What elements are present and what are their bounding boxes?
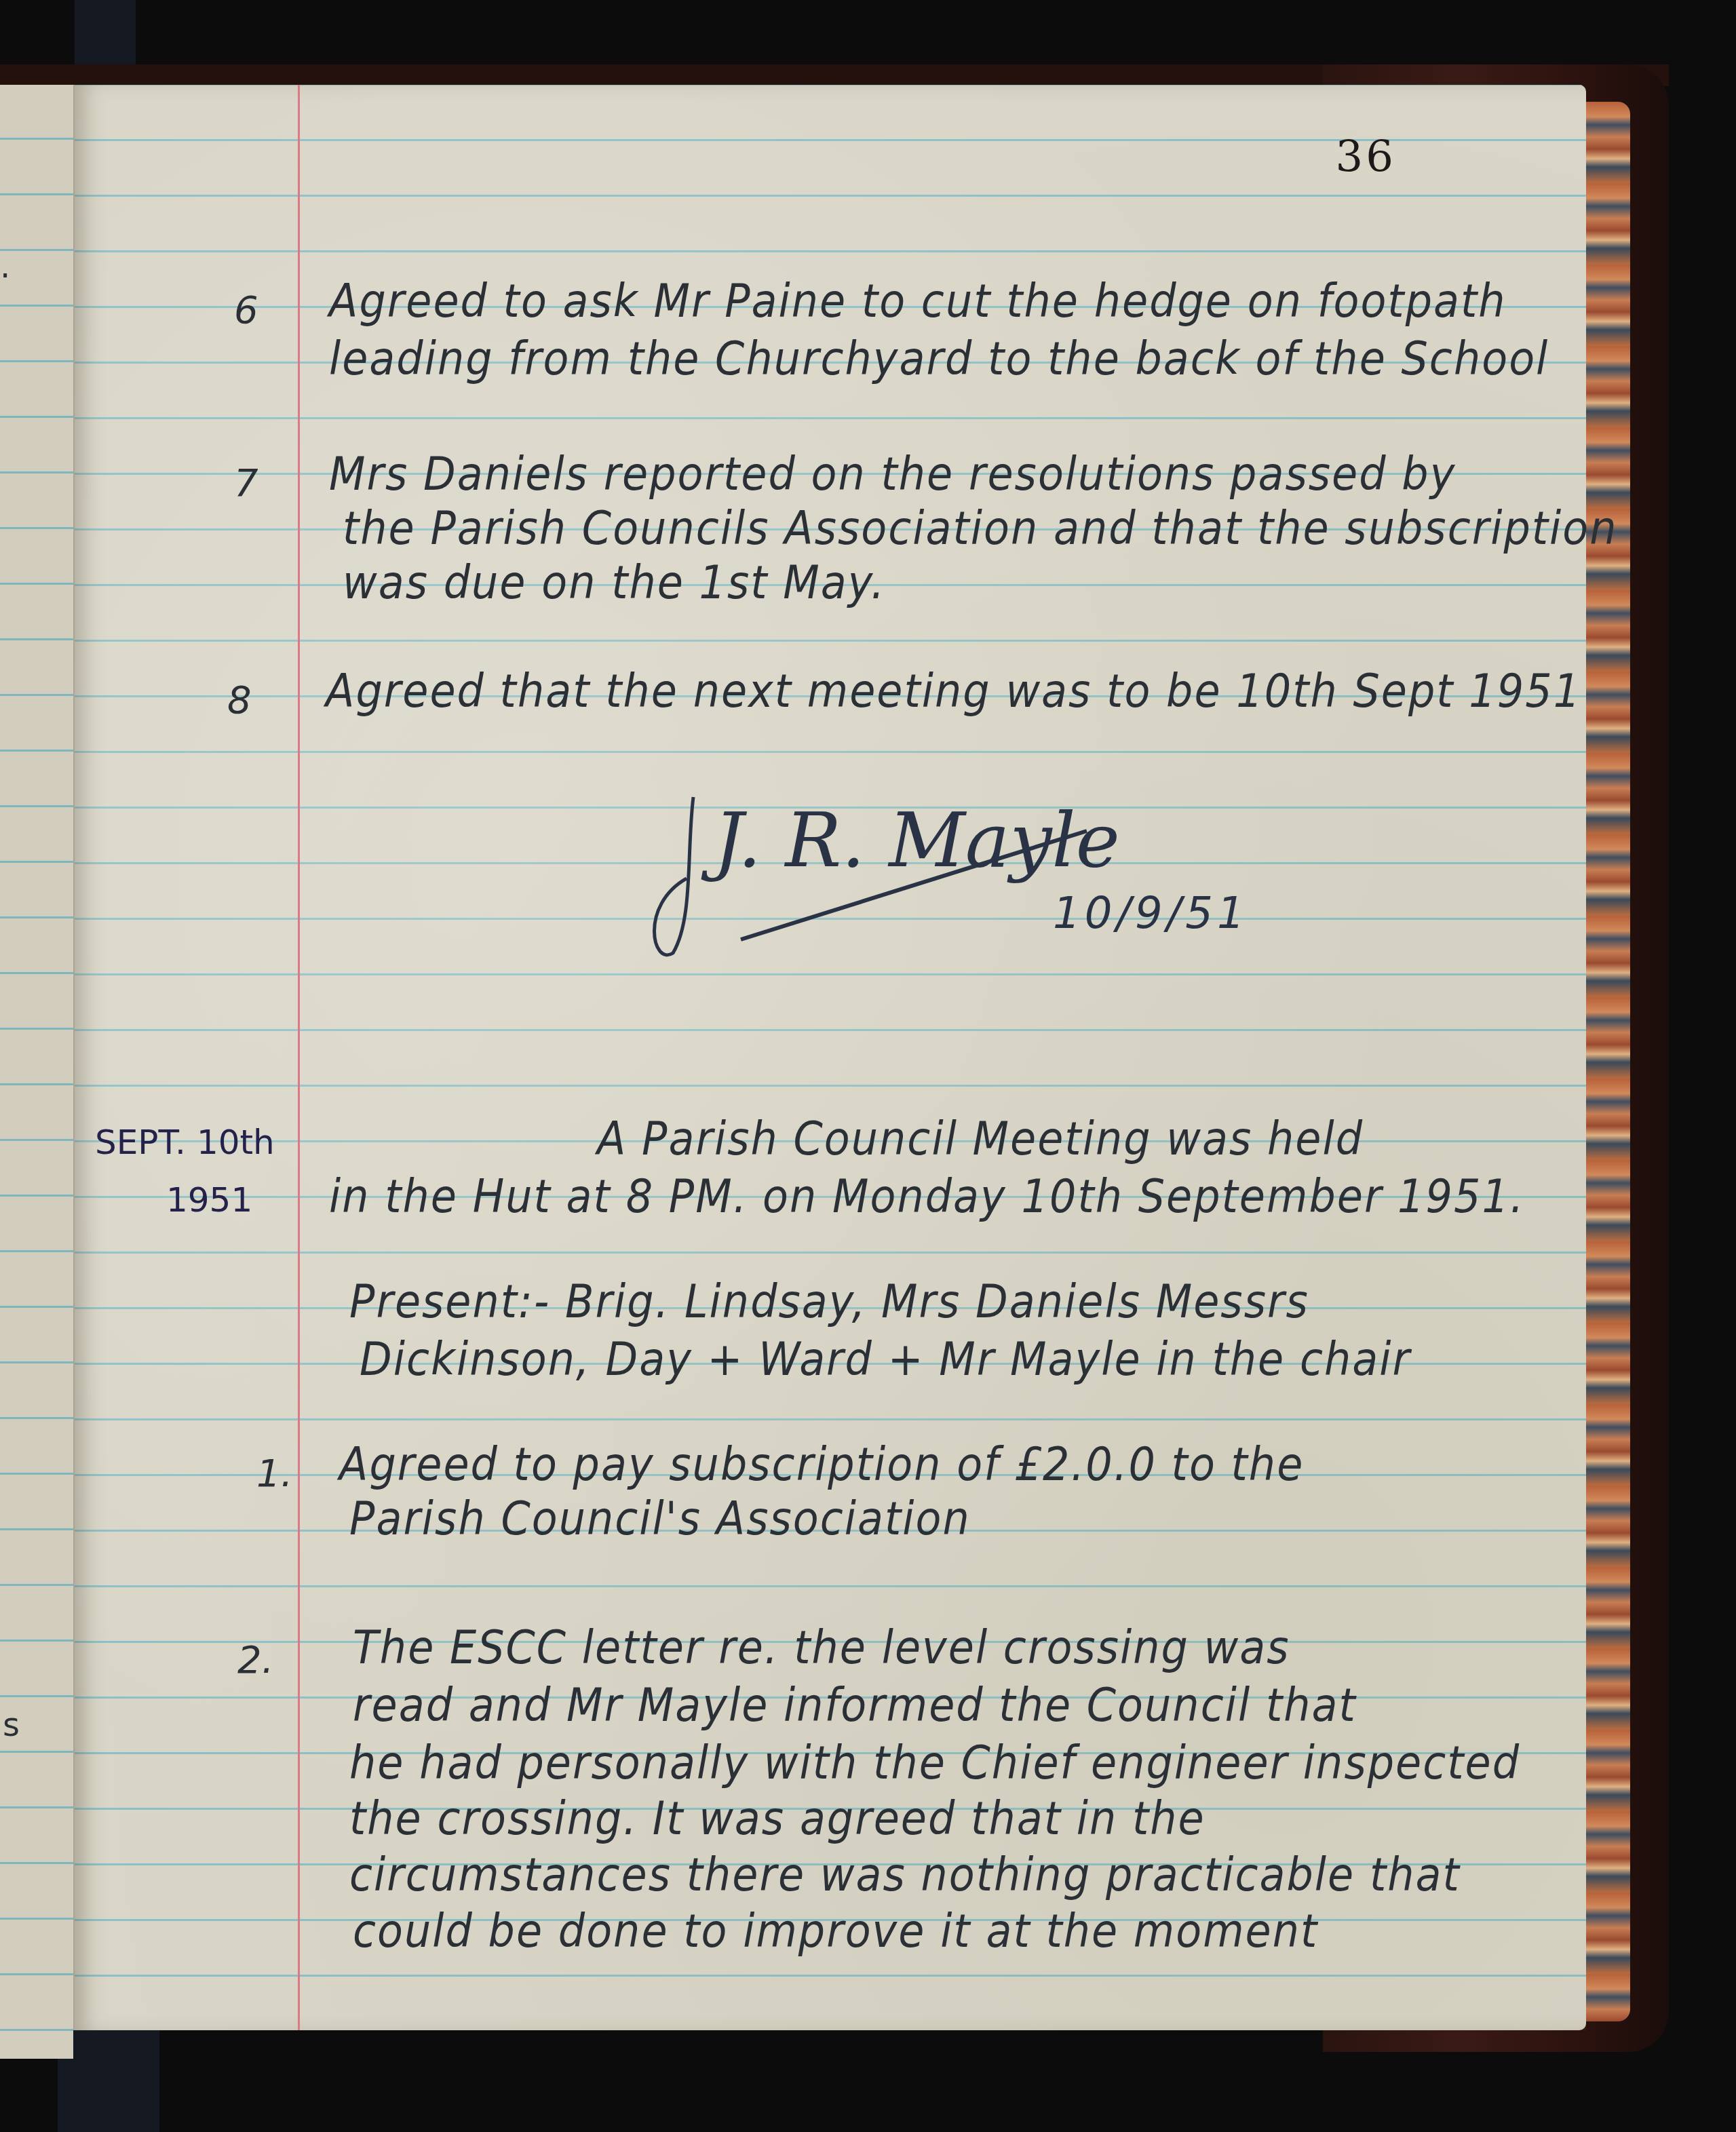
present-line: Dickinson, Day + Ward + Mr Mayle in the … [360,1332,1411,1386]
left-page-text-fragment: s [3,1706,20,1744]
item-text-line: circumstances there was nothing practica… [349,1848,1461,1901]
marbled-page-edge [1582,102,1630,2021]
item-text-line: read and Mr Mayle informed the Council t… [353,1678,1357,1732]
item-text-line: Parish Council's Association [349,1492,971,1545]
item-text-line: Mrs Daniels reported on the resolutions … [329,447,1456,501]
signature-name: J. R. Mayle [714,797,1120,884]
item-text-line: could be done to improve it at the momen… [353,1904,1318,1958]
left-page-sliver: . s [0,85,73,2059]
item-text-line: Agreed to ask Mr Paine to cut the hedge … [329,274,1507,328]
meeting-date-line1: SEPT. 10th [95,1123,275,1162]
notebook-page: 36 6 Agreed to ask Mr Paine to cut the h… [73,85,1586,2030]
signature-date: 10/9/51 [1053,889,1249,939]
item-text-line: The ESCC letter re. the level crossing w… [353,1621,1290,1674]
chairman-signature: J. R. Mayle 10/9/51 [646,770,1189,973]
item-text-line: he had personally with the Chief enginee… [349,1736,1520,1789]
item-text-line: was due on the 1st May. [343,556,885,609]
item-number: 7 [234,461,258,505]
item-text-line: the crossing. It was agreed that in the [349,1791,1205,1845]
item-number: 6 [234,288,258,332]
item-number: 8 [227,678,252,722]
item-number: 1. [256,1452,292,1496]
item-text-line: leading from the Churchyard to the back … [329,332,1549,385]
page-number: 36 [1336,132,1396,182]
item-number: 2. [237,1638,273,1682]
item-text-line: Agreed that the next meeting was to be 1… [326,664,1581,718]
meeting-intro-line: in the Hut at 8 PM. on Monday 10th Septe… [329,1169,1525,1223]
item-text-line: Agreed to pay subscription of £2.0.0 to … [339,1437,1304,1491]
item-text-line: the Parish Councils Association and that… [343,501,1618,555]
meeting-intro-line: A Parish Council Meeting was held [597,1112,1364,1165]
red-margin-line [298,85,300,2030]
meeting-date-line2: 1951 [166,1180,252,1220]
present-line: Present:- Brig. Lindsay, Mrs Daniels Mes… [349,1275,1309,1328]
left-page-text-fragment: . [0,248,10,286]
